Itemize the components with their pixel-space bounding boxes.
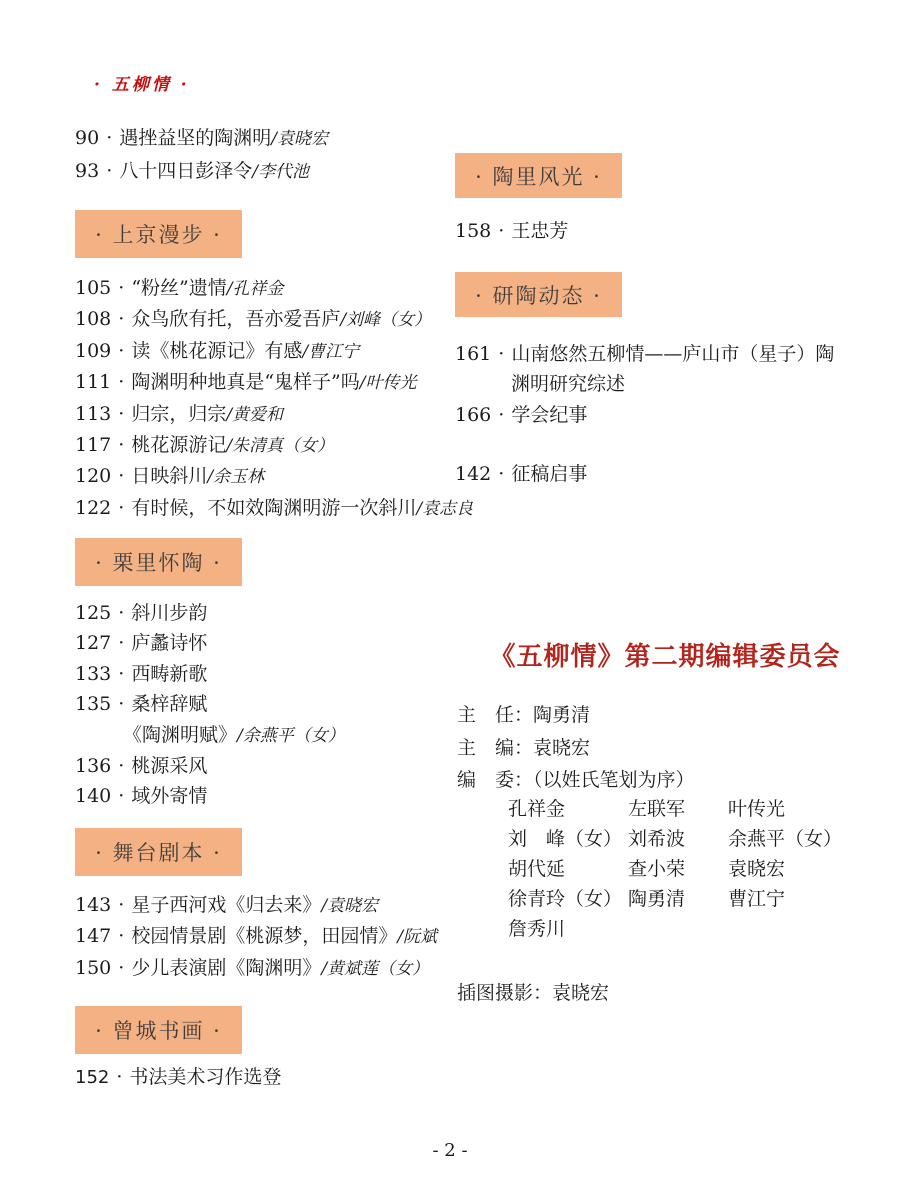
entry-title: 校园情景剧《桃源梦，田园情》 [131, 925, 397, 947]
committee-member-row: 孔祥金左联军叶传光 [508, 794, 898, 824]
toc-entry: 125·斜川步韵 [75, 598, 345, 628]
role-label: 主 编： [457, 737, 533, 759]
entry-page-number: 105 [75, 277, 111, 299]
entry-page-number: 161 [455, 343, 491, 365]
section-heading-taoli-fengguang: · 陶里风光 · [455, 153, 622, 198]
member-name: 詹秀川 [508, 914, 628, 944]
entry-title: 庐蠡诗怀 [131, 632, 207, 654]
entry-separator-dot: · [118, 785, 124, 807]
section-heading-zengcheng-shuhua: · 曾城书画 · [75, 1006, 242, 1054]
member-name [628, 914, 728, 944]
entry-page-number: 135 [75, 693, 111, 715]
committee-role-row: 编 委：（以姓氏笔划为序） [457, 764, 695, 797]
toc-entry: 133·西畴新歌 [75, 659, 345, 689]
role-value: 袁晓宏 [533, 737, 590, 759]
toc-section-entries: 152·书法美术习作选登 [75, 1062, 281, 1093]
entry-title-line2: 渊明研究综述 [511, 373, 625, 395]
role-label: 主 任： [457, 704, 533, 726]
entry-author: /朱清真（女） [226, 436, 334, 456]
entry-separator-dot: · [118, 957, 124, 979]
entry-page-number: 158 [455, 220, 491, 242]
member-name: 袁晓宏 [728, 854, 898, 884]
entry-title: 桃源采风 [131, 755, 207, 777]
toc-entry: 117·桃花源游记/朱清真（女） [75, 430, 473, 461]
entry-page-number: 140 [75, 785, 111, 807]
toc-entry: 161·山南悠然五柳情——庐山市（星子）陶 [455, 339, 834, 369]
toc-entry: 166·学会纪事 [455, 400, 834, 430]
toc-section-entries: 125·斜川步韵 127·庐蠡诗怀 133·西畴新歌 135·桑梓辞赋 《陶渊明… [75, 598, 345, 812]
toc-entry: 158·王忠芳 [455, 216, 568, 246]
committee-member-row: 詹秀川 [508, 914, 898, 944]
entry-separator-dot: · [118, 403, 124, 425]
entry-separator-dot: · [118, 755, 124, 777]
toc-entry: 122·有时候，不如效陶渊明游一次斜川/袁志良 [75, 493, 473, 524]
toc-entry: 120·日映斜川/余玉林 [75, 461, 473, 492]
toc-section-entries: 105·“粉丝”遗情/孔祥金 108·众鸟欣有托，吾亦爱吾庐/刘峰（女） 109… [75, 273, 473, 524]
entry-page-number: 108 [75, 308, 111, 330]
entry-page-number: 142 [455, 463, 491, 485]
toc-entry: 108·众鸟欣有托，吾亦爱吾庐/刘峰（女） [75, 304, 473, 335]
entry-title: 有时候，不如效陶渊明游一次斜川 [131, 497, 416, 519]
entry-author: /刘峰（女） [340, 310, 431, 330]
entry-separator-dot: · [118, 925, 124, 947]
entry-separator-dot: · [118, 663, 124, 685]
entry-title: 征稿启事 [511, 463, 587, 485]
entry-author: /余玉林 [207, 467, 264, 487]
section-heading-yantao-dongtai: · 研陶动态 · [455, 272, 622, 317]
entry-author: /黄斌莲（女） [321, 959, 429, 979]
entry-separator-dot: · [118, 434, 124, 456]
member-name: 陶勇清 [628, 884, 728, 914]
toc-entry: 152·书法美术习作选登 [75, 1062, 281, 1093]
entry-title: 学会纪事 [511, 404, 587, 426]
entry-separator-dot: · [118, 693, 124, 715]
toc-entry: 147·校园情景剧《桃源梦，田园情》/阮斌 [75, 921, 437, 952]
entry-separator-dot: · [118, 277, 124, 299]
entry-author: /黄爱和 [226, 405, 283, 425]
member-name: 刘希波 [628, 824, 728, 854]
toc-section-entries: 161·山南悠然五柳情——庐山市（星子）陶 渊明研究综述 166·学会纪事 14… [455, 339, 834, 490]
toc-section-entries: 143·星子西河戏《归去来》/袁晓宏 147·校园情景剧《桃源梦，田园情》/阮斌… [75, 890, 437, 984]
entry-separator-dot: · [106, 127, 112, 149]
entry-title: 少儿表演剧《陶渊明》 [131, 957, 321, 979]
role-value: 陶勇清 [533, 704, 590, 726]
entry-page-number: 147 [75, 925, 111, 947]
journal-toc-page: { "masthead": "· 五柳情 ·", "page_number": … [0, 0, 900, 1199]
committee-title: 《五柳情》第二期编辑委员会 [455, 636, 875, 673]
entry-title: 陶渊明种地真是“鬼样子”吗 [131, 371, 359, 393]
entry-author: /袁晓宏 [271, 129, 328, 149]
entry-title: 众鸟欣有托，吾亦爱吾庐 [131, 308, 340, 330]
member-name: 孔祥金 [508, 794, 628, 824]
role-label: 编 委： [457, 769, 533, 791]
entry-author: /孔祥金 [227, 279, 284, 299]
entry-title: “粉丝”遗情 [131, 277, 226, 299]
member-name: 左联军 [628, 794, 728, 824]
entry-page-number: 109 [75, 340, 111, 362]
section-heading-shangjing-manbu: · 上京漫步 · [75, 210, 242, 258]
entry-page-number: 120 [75, 465, 111, 487]
entry-page-number: 136 [75, 755, 111, 777]
toc-entry: 105·“粉丝”遗情/孔祥金 [75, 273, 473, 304]
member-name: 查小荣 [628, 854, 728, 884]
entry-author: /曹江宁 [302, 342, 359, 362]
member-name: 徐青玲（女） [508, 884, 628, 914]
entry-separator-dot: · [118, 632, 124, 654]
entry-separator-dot: · [498, 463, 504, 485]
toc-entry: 142·征稿启事 [455, 459, 834, 489]
committee-roles: 主 任：陶勇清 主 编：袁晓宏 编 委：（以姓氏笔划为序） [457, 699, 695, 797]
toc-entry: 109·读《桃花源记》有感/曹江宁 [75, 336, 473, 367]
entry-title: 归宗，归宗 [131, 403, 226, 425]
entry-separator-dot: · [118, 894, 124, 916]
entry-separator-dot: · [498, 220, 504, 242]
entry-author: /李代池 [252, 162, 309, 182]
entry-title: 星子西河戏《归去来》 [131, 894, 321, 916]
entry-page-number: 113 [75, 403, 111, 425]
entry-separator-dot: · [118, 497, 124, 519]
entry-author: /叶传光 [360, 373, 417, 393]
member-name: 曹江宁 [728, 884, 898, 914]
entry-page-number: 152 [75, 1067, 109, 1088]
entry-separator-dot: · [106, 160, 112, 182]
entry-page-number: 111 [75, 371, 111, 393]
committee-member-row: 徐青玲（女）陶勇清曹江宁 [508, 884, 898, 914]
entry-page-number: 143 [75, 894, 111, 916]
committee-members-grid: 孔祥金左联军叶传光 刘 峰（女）刘希波余燕平（女） 胡代延查小荣袁晓宏 徐青玲（… [508, 794, 898, 944]
entry-page-number: 125 [75, 602, 111, 624]
toc-entry: 111·陶渊明种地真是“鬼样子”吗/叶传光 [75, 367, 473, 398]
toc-entry: 93·八十四日彭泽令/李代池 [75, 155, 328, 188]
role-value: （以姓氏笔划为序） [533, 769, 695, 791]
toc-entry: 135·桑梓辞赋 [75, 689, 345, 719]
toc-entry: 143·星子西河戏《归去来》/袁晓宏 [75, 890, 437, 921]
entry-separator-dot: · [118, 340, 124, 362]
entry-separator-dot: · [498, 404, 504, 426]
entry-title: 桃花源游记 [131, 434, 226, 456]
member-name [728, 914, 898, 944]
entry-page-number: 133 [75, 663, 111, 685]
entry-title-line1: 山南悠然五柳情——庐山市（星子）陶 [511, 343, 834, 365]
entry-page-number: 166 [455, 404, 491, 426]
entry-author: /袁晓宏 [321, 896, 378, 916]
entry-title: 读《桃花源记》有感 [131, 340, 302, 362]
committee-role-row: 主 编：袁晓宏 [457, 732, 695, 765]
toc-entry: 113·归宗，归宗/黄爱和 [75, 399, 473, 430]
toc-entry: 90·遇挫益坚的陶渊明/袁晓宏 [75, 122, 328, 155]
entry-page-number: 90 [75, 127, 99, 149]
entry-separator-dot: · [116, 1066, 122, 1088]
entry-page-number: 117 [75, 434, 111, 456]
entry-title: 斜川步韵 [131, 602, 207, 624]
toc-intro-entries: 90·遇挫益坚的陶渊明/袁晓宏 93·八十四日彭泽令/李代池 [75, 122, 328, 188]
entry-title: 八十四日彭泽令 [119, 160, 252, 182]
committee-member-row: 刘 峰（女）刘希波余燕平（女） [508, 824, 898, 854]
entry-title: 书法美术习作选登 [129, 1066, 281, 1088]
journal-masthead: · 五柳情 · [94, 70, 190, 95]
toc-entry: 150·少儿表演剧《陶渊明》/黄斌莲（女） [75, 953, 437, 984]
entry-author: /袁志良 [416, 499, 473, 519]
entry-separator-dot: · [118, 371, 124, 393]
member-name: 刘 峰（女） [508, 824, 628, 854]
section-heading-wutai-juben: · 舞台剧本 · [75, 828, 242, 876]
toc-entry: 136·桃源采风 [75, 751, 345, 781]
toc-entry: 140·域外寄情 [75, 781, 345, 811]
entry-separator-dot: · [498, 343, 504, 365]
toc-entry-wrapped-line: 渊明研究综述 [455, 369, 834, 399]
entry-page-number: 127 [75, 632, 111, 654]
entry-separator-dot: · [118, 308, 124, 330]
member-name: 余燕平（女） [728, 824, 898, 854]
entry-title: 桑梓辞赋 [131, 693, 207, 715]
entry-author: /余燕平（女） [237, 726, 345, 746]
entry-page-number: 93 [75, 160, 99, 182]
member-name: 叶传光 [728, 794, 898, 824]
section-heading-lili-huaitao: · 栗里怀陶 · [75, 538, 242, 586]
entry-page-number: 150 [75, 957, 111, 979]
entry-separator-dot: · [118, 602, 124, 624]
entry-author: /阮斌 [397, 927, 437, 947]
photo-credit: 插图摄影：袁晓宏 [457, 978, 609, 1005]
member-name: 胡代延 [508, 854, 628, 884]
entry-title: 西畴新歌 [131, 663, 207, 685]
entry-separator-dot: · [118, 465, 124, 487]
toc-entry: 127·庐蠡诗怀 [75, 628, 345, 658]
entry-title: 王忠芳 [511, 220, 568, 242]
photo-credit-label: 插图摄影： [457, 982, 552, 1004]
toc-section-entries: 158·王忠芳 [455, 216, 568, 246]
photo-credit-value: 袁晓宏 [552, 982, 609, 1004]
committee-member-row: 胡代延查小荣袁晓宏 [508, 854, 898, 884]
page-number: - 2 - [0, 1140, 900, 1161]
entry-page-number: 122 [75, 497, 111, 519]
committee-role-row: 主 任：陶勇清 [457, 699, 695, 732]
entry-title: 日映斜川 [131, 465, 207, 487]
entry-title: 域外寄情 [131, 785, 207, 807]
toc-entry-continuation: 《陶渊明赋》/余燕平（女） [75, 720, 345, 751]
entry-title: 遇挫益坚的陶渊明 [119, 127, 271, 149]
entry-title: 《陶渊明赋》 [123, 724, 237, 746]
